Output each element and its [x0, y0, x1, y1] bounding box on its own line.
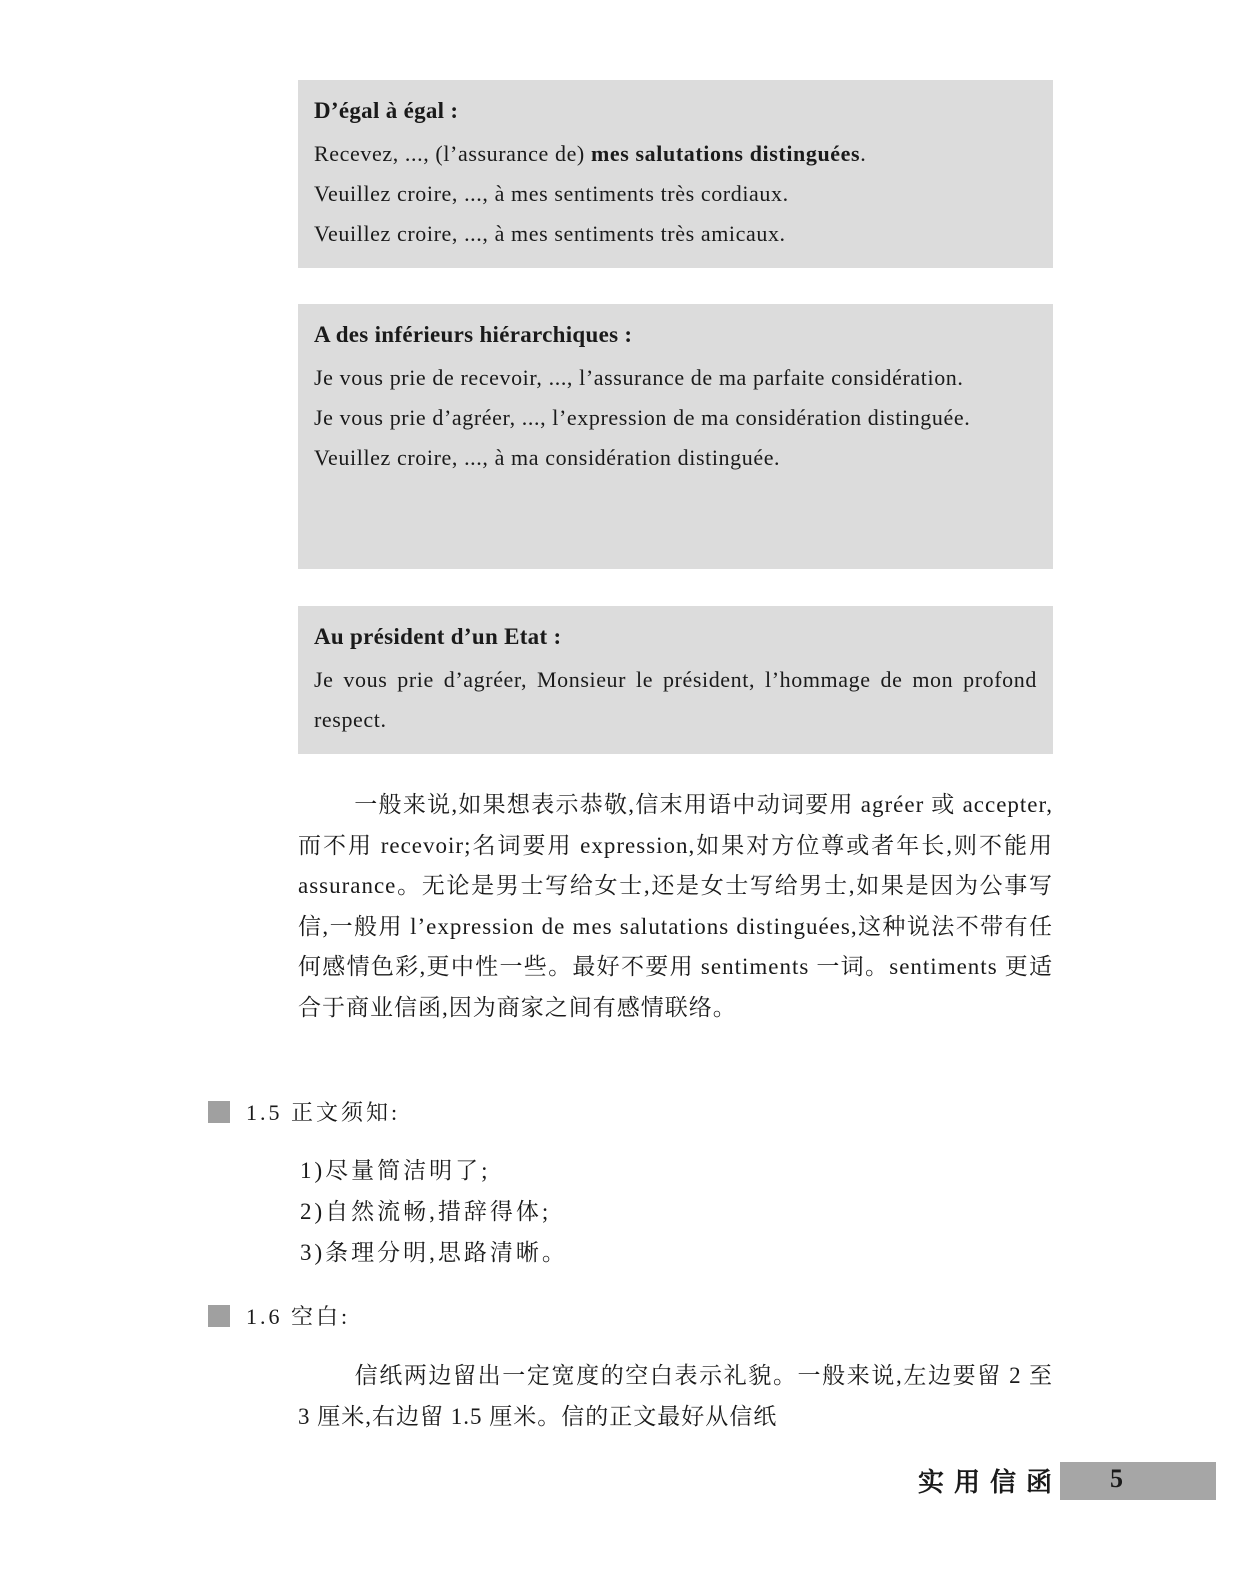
formula-line: Je vous prie de recevoir, ..., l’assuran…	[314, 358, 1037, 398]
section-title: 1.5 正文须知:	[246, 1096, 400, 1127]
explanation-paragraph: 一般来说,如果想表示恭敬,信末用语中动词要用 agréer 或 accepter…	[298, 785, 1053, 1028]
list-item: 3)条理分明,思路清晰。	[300, 1232, 568, 1273]
section-heading-1-5: 1.5 正文须知:	[208, 1096, 400, 1127]
box-heading: A des inférieurs hiérarchiques :	[314, 318, 1037, 352]
formula-line: Recevez, ..., (l’assurance de) mes salut…	[314, 134, 1037, 174]
formula-line: Je vous prie d’agréer, ..., l’expression…	[314, 398, 1037, 438]
margin-paragraph: 信纸两边留出一定宽度的空白表示礼貌。一般来说,左边要留 2 至 3 厘米,右边留…	[298, 1356, 1053, 1437]
paragraph-text: 信纸两边留出一定宽度的空白表示礼貌。一般来说,左边要留 2 至 3 厘米,右边留…	[298, 1363, 1053, 1429]
box-heading: Au président d’un Etat :	[314, 620, 1037, 654]
section-title: 1.6 空白:	[246, 1300, 350, 1331]
closing-formula-box-equal: D’égal à égal : Recevez, ..., (l’assuran…	[298, 80, 1053, 268]
page-number-box: 5	[1060, 1462, 1216, 1500]
formula-line: Veuillez croire, ..., à mes sentiments t…	[314, 174, 1037, 214]
list-item: 2)自然流畅,措辞得体;	[300, 1191, 568, 1232]
closing-formula-box-president: Au président d’un Etat : Je vous prie d’…	[298, 606, 1053, 754]
formula-bold-text: mes salutations distinguées	[591, 141, 860, 166]
section-heading-1-6: 1.6 空白:	[208, 1300, 350, 1331]
formula-punct: .	[860, 141, 866, 166]
square-bullet-icon	[208, 1101, 230, 1123]
square-bullet-icon	[208, 1305, 230, 1327]
body-tips-list: 1)尽量简洁明了; 2)自然流畅,措辞得体; 3)条理分明,思路清晰。	[300, 1150, 568, 1273]
formula-line: Veuillez croire, ..., à mes sentiments t…	[314, 214, 1037, 254]
list-item: 1)尽量简洁明了;	[300, 1150, 568, 1191]
paragraph-text: 一般来说,如果想表示恭敬,信末用语中动词要用 agréer 或 accepter…	[298, 792, 1053, 1020]
closing-formula-box-inferiors: A des inférieurs hiérarchiques : Je vous…	[298, 304, 1053, 569]
page-number: 5	[1110, 1464, 1123, 1494]
formula-line: Je vous prie d’agréer, Monsieur le prési…	[314, 660, 1037, 740]
formula-text: Recevez, ..., (l’assurance de)	[314, 141, 591, 166]
box-heading: D’égal à égal :	[314, 94, 1037, 128]
formula-line: Veuillez croire, ..., à ma considération…	[314, 438, 1037, 478]
book-title: 实用信函	[918, 1462, 1062, 1499]
